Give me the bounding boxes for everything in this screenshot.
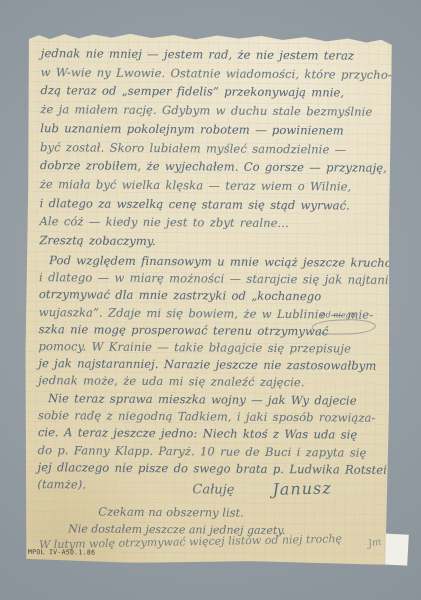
pencil-initials: Jm <box>367 536 382 549</box>
letter-page: jednak nie mniej — jestem rad, że nie je… <box>24 31 392 565</box>
closing-word: Całuję <box>192 482 234 497</box>
handwritten-line: Zresztą zobaczymy. <box>39 231 381 252</box>
handwritten-line: w W-wie ny Lwowie. Ostatnie wiadomości, … <box>41 63 383 84</box>
postscript-line: Czekam na obszerny list. <box>98 505 244 520</box>
handwritten-line: Ale cóż — kiedy nie jest to zbyt realne.… <box>39 212 381 233</box>
handwritten-line: być został. Skoro lubiałem myśleć samodz… <box>40 138 382 159</box>
paragraph-1: jednak nie mniej — jestem rad, że nie je… <box>39 44 383 252</box>
handwritten-line: i dlatego — w miarę możności — starajcie… <box>39 269 381 289</box>
handwritten-line: jednak może, że uda mi się znaleźć zajęc… <box>38 373 380 393</box>
handwritten-line: do p. Fanny Klapp. Paryż. 10 rue de Buci… <box>38 442 380 462</box>
handwritten-line: sobie radę z niegodną Tadkiem, i jaki sp… <box>38 407 380 427</box>
archive-catalog-number: MPOL IV-A50.1.86 <box>28 548 95 557</box>
signature: Janusz <box>272 478 332 499</box>
handwritten-line: że ja miałem rację. Gdybym w duchu stale… <box>40 100 382 121</box>
handwritten-line: pomocy. W Krainie — takie błagajcie się … <box>38 338 380 358</box>
handwritten-line: że miała być wielka klęska — teraz wiem … <box>40 175 382 196</box>
closing-row: CałujęJanusz <box>192 478 331 498</box>
interline-insertion-note: od niego <box>321 310 356 319</box>
